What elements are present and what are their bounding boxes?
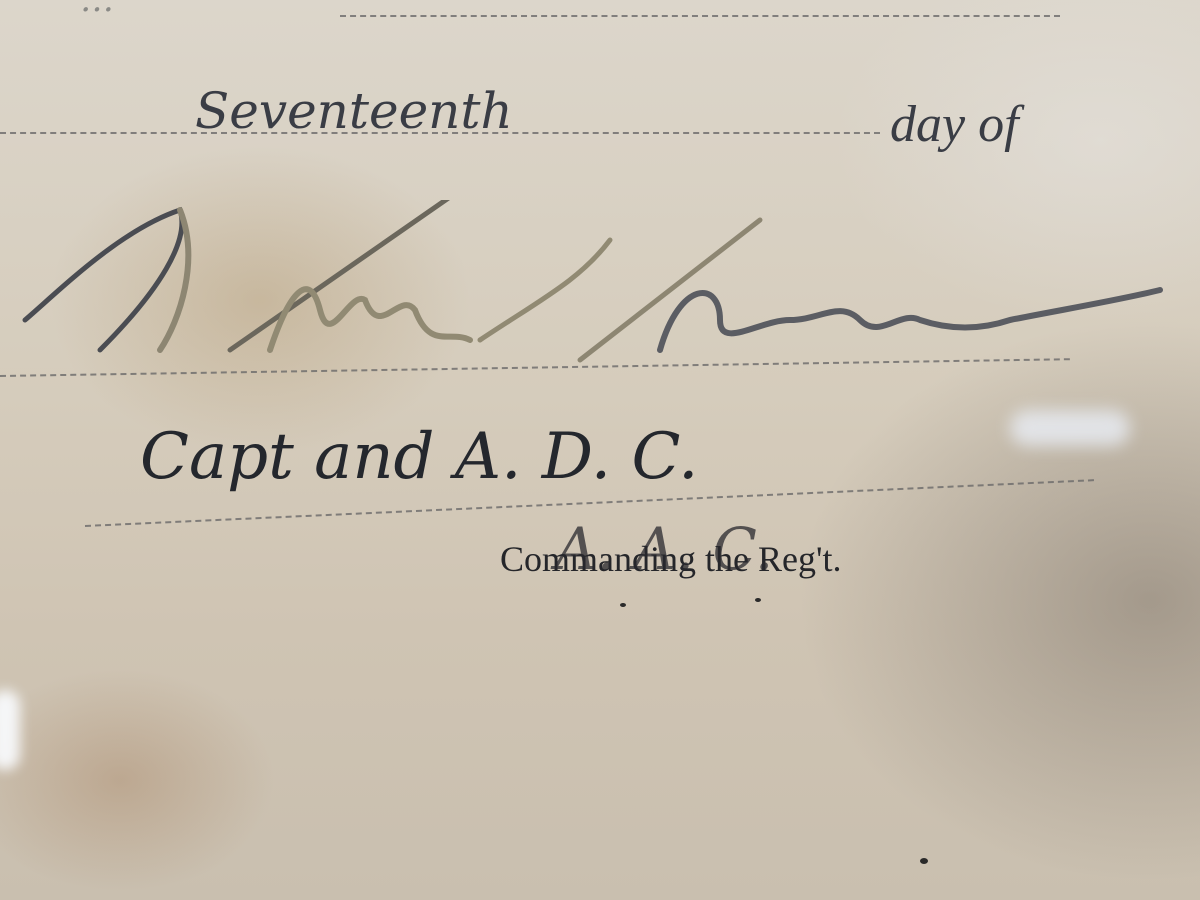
day-of-label: day of (890, 95, 1019, 154)
top-fragment-text: … (80, 0, 114, 20)
top-dotted-line (340, 15, 1060, 17)
overwritten-initials: A. A. C. (555, 515, 773, 583)
day-dotted-line (0, 132, 880, 134)
glass-glare (1010, 410, 1130, 446)
title-line-handwritten: Capt and A. D. C. (140, 420, 699, 494)
glass-glare-left (0, 690, 20, 770)
ink-speck (755, 598, 761, 602)
ink-speck (620, 603, 626, 607)
signature-image (20, 200, 1170, 370)
ink-speck (920, 858, 928, 864)
